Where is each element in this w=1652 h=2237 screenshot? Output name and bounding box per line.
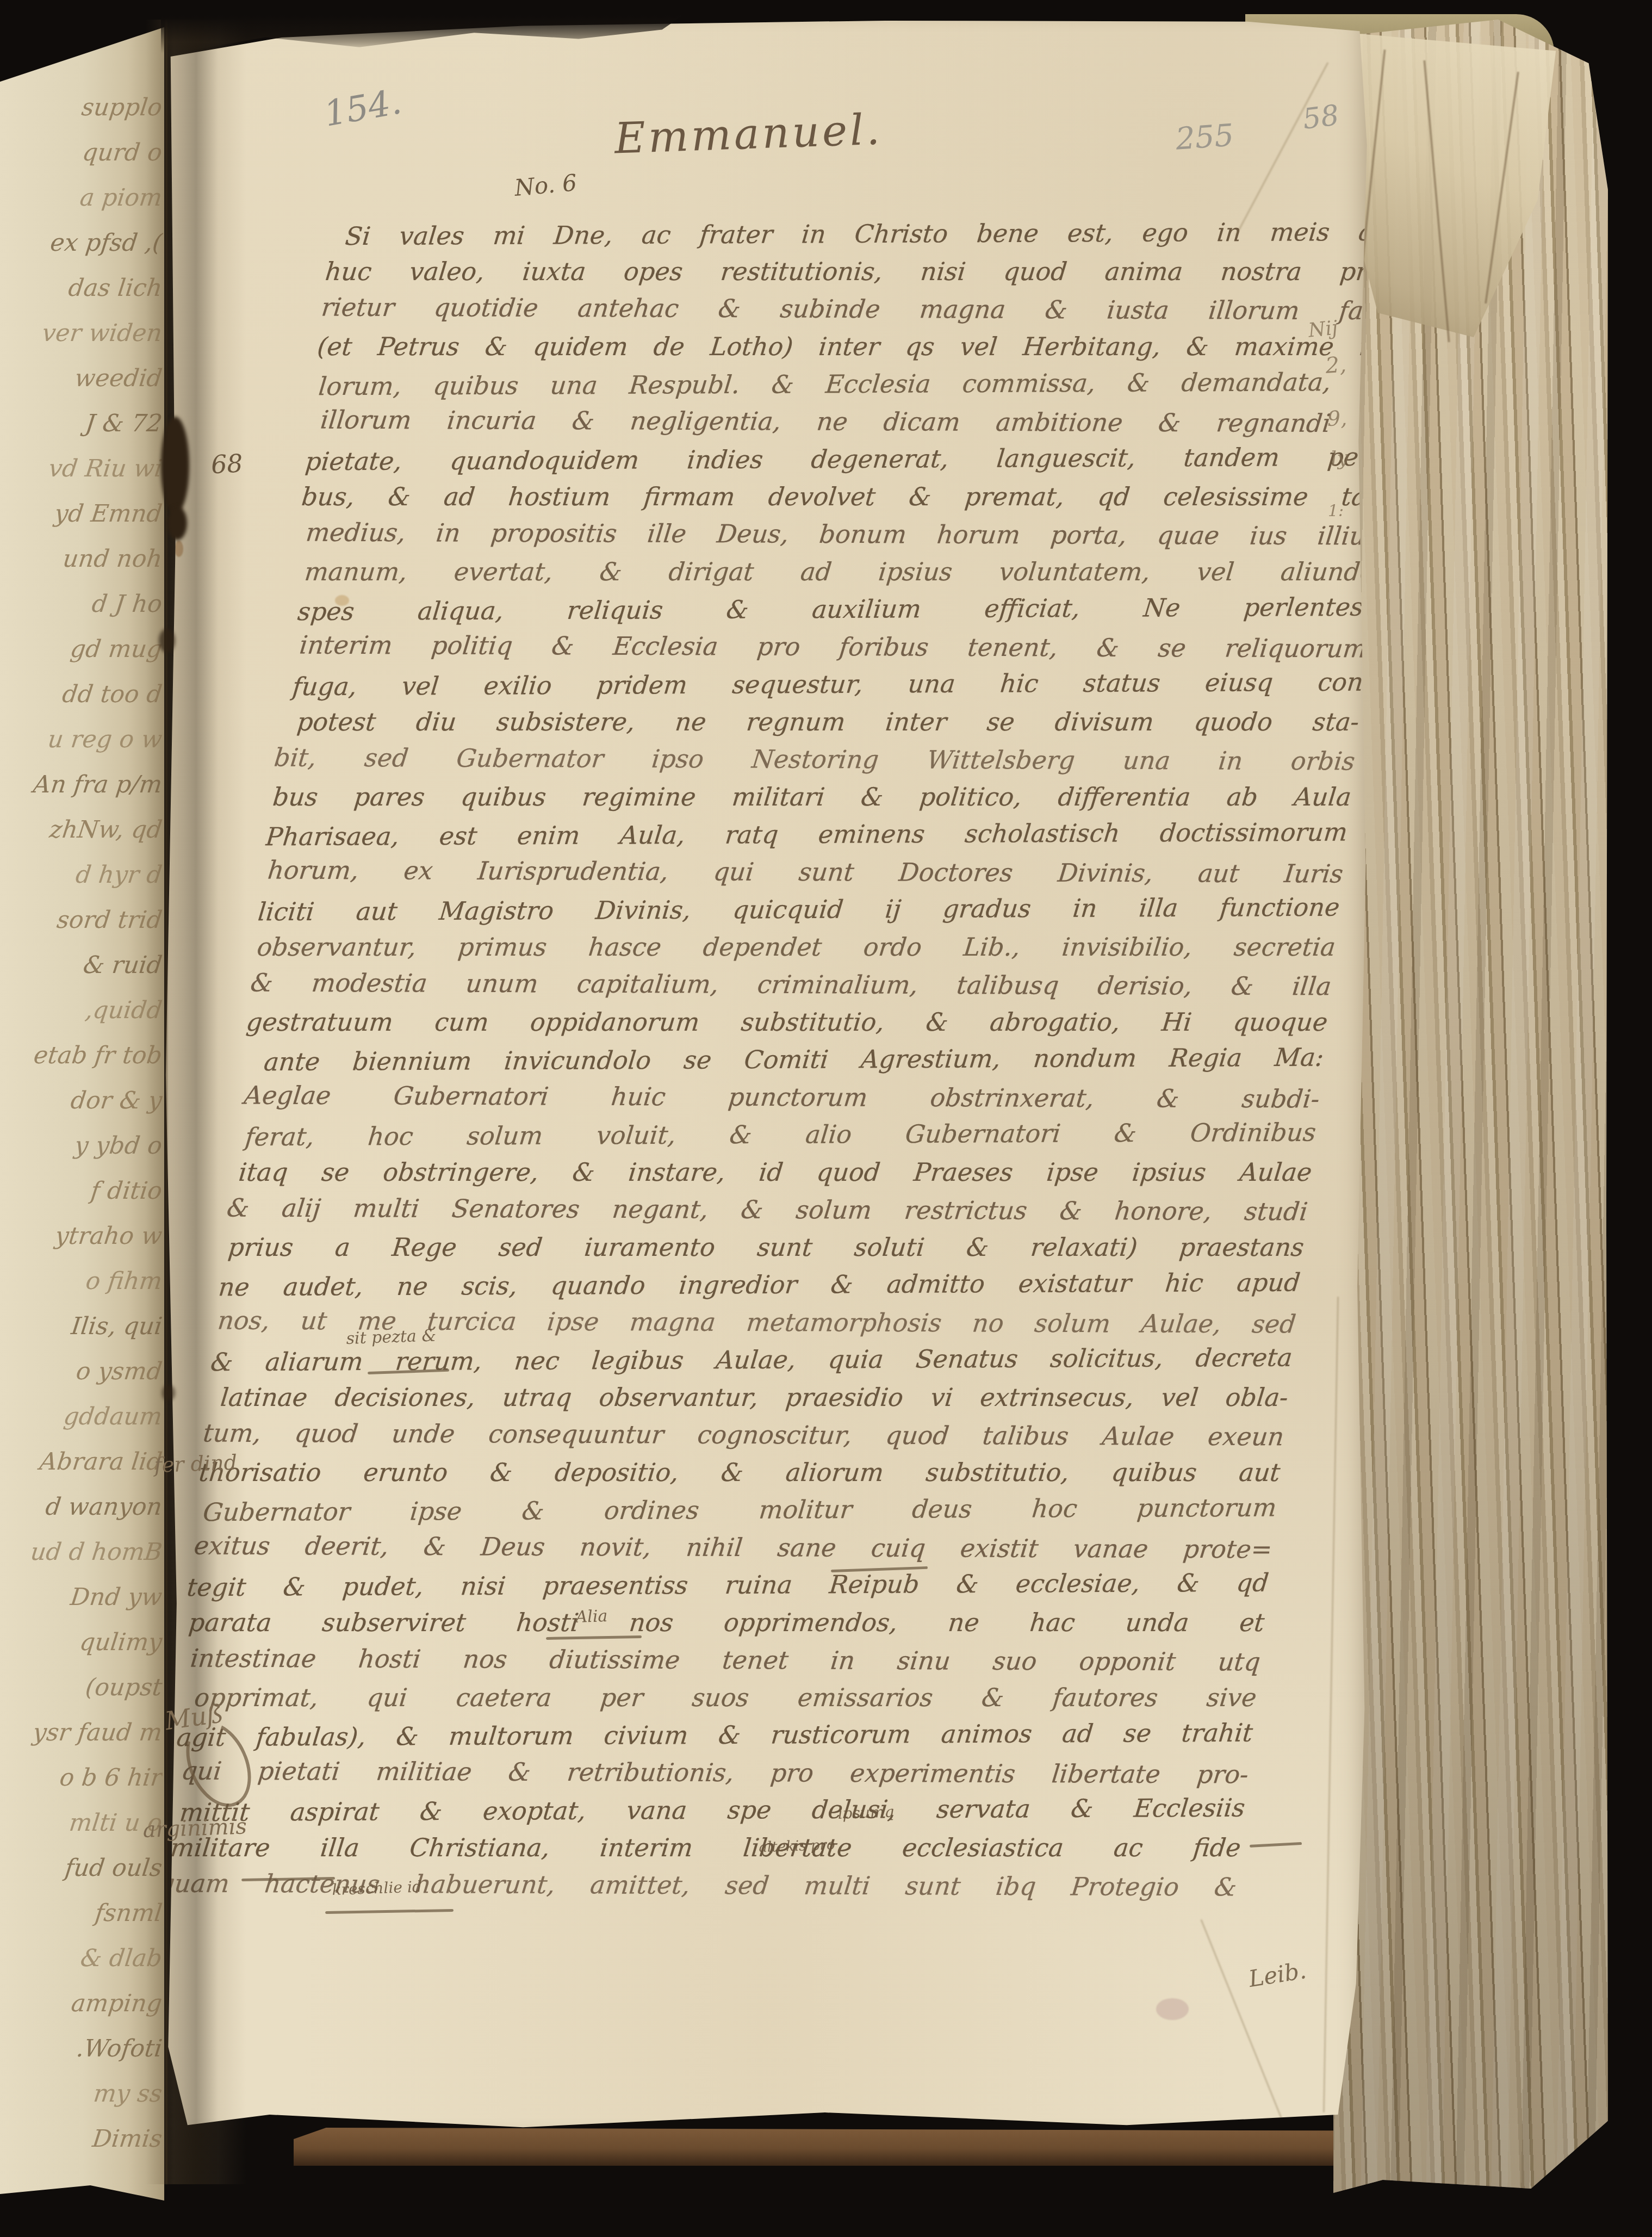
facing-page-line: ytraho w: [1, 1213, 165, 1259]
crease-line: [1323, 1297, 1339, 2112]
manuscript-line: liciti aut Magistro Divinis, quicquid ij…: [256, 889, 1342, 931]
page-number-pencil: 255: [1175, 117, 1235, 157]
manuscript-line: opprimat, qui caetera per suos emissario…: [173, 1679, 1258, 1717]
manuscript-line: bus, & ad hostium firmam devolvet & prem…: [300, 478, 1384, 516]
manuscript-line: mittit aspirat & exoptat, vana spe delus…: [162, 1789, 1247, 1832]
manuscript-page: 154. Emmanuel. 255 58 No. 6 68 Si vales …: [161, 18, 1368, 2131]
facing-page-line: quidd,: [1, 988, 165, 1033]
facing-page-line: supplo: [1, 85, 165, 130]
secondary-page-number-pencil: 58: [1301, 99, 1341, 136]
manuscript-line: exitus deerit, & Deus novit, nihil sane …: [189, 1527, 1274, 1569]
book-block-bottom-edge: [294, 2128, 1376, 2166]
manuscript-line: tum, quod unde consequuntur cognoscitur,…: [201, 1415, 1286, 1456]
facing-page-line: gddaum: [1, 1394, 165, 1439]
facing-page-line: das lich: [1, 265, 165, 311]
facing-page-line: qurd o: [1, 130, 165, 175]
manuscript-line: thorisatio erunto & depositio, & aliorum…: [197, 1454, 1282, 1491]
manuscript-line: spes aliqua, reliquis & auxilium efficia…: [288, 588, 1373, 631]
manuscript-line: Aeglae Gubernatori huic punctorum obstri…: [237, 1077, 1321, 1118]
facing-page-line: ud d homB: [1, 1529, 165, 1575]
facing-page-line: vd Riu wi: [1, 446, 165, 491]
facing-page-line: dor & y: [1, 1078, 165, 1123]
folio-number-pencil: 154.: [321, 82, 405, 135]
facing-page-line: d hyr d: [1, 852, 165, 897]
manuscript-line: ante biennium invicundolo se Comiti Agre…: [240, 1039, 1326, 1081]
facing-page-line: yd Emnd: [1, 491, 165, 536]
manuscript-line: fuga, vel exilio pridem sequestur, una h…: [280, 664, 1365, 706]
facing-page-line: o b 6 hir: [1, 1755, 165, 1800]
facing-page-line: ), ex pfsd: [1, 220, 165, 265]
facing-page-line: Ilis, qui: [1, 1304, 165, 1349]
manuscript-photo: supploqurd oa piom), ex pfsddas lichver …: [0, 0, 1652, 2237]
manuscript-line: observantur, primus hasce dependet ordo …: [252, 928, 1337, 966]
page-heading: Emmanuel.: [614, 105, 884, 163]
manuscript-line: tegit & pudet, nisi praesentiss ruina Re…: [185, 1564, 1271, 1607]
manuscript-line: quam hactenus habuerunt, amittet, sed mu…: [154, 1865, 1239, 1906]
crease-line: [1235, 62, 1329, 236]
manuscript-line: intestinae hosti nos diutissime tenet in…: [178, 1640, 1263, 1681]
facing-page-text: supploqurd oa piom), ex pfsddas lichver …: [3, 85, 162, 2161]
facing-page-line: oupst): [1, 1665, 165, 1710]
facing-page-line: dlab &: [1, 1936, 165, 1981]
facing-page-line: fsnml: [1, 1891, 165, 1936]
facing-page-line: J & 72: [1, 401, 165, 446]
manuscript-line: bit, sed Gubernator ipso Nestoring Witte…: [272, 739, 1357, 780]
facing-page-line: Abrara lid: [1, 1439, 165, 1484]
manuscript-line: prius a Rege sed iuramento sunt soluti &…: [221, 1229, 1306, 1266]
manuscript-line: latinae decisiones, utraq observantur, p…: [205, 1379, 1290, 1416]
manuscript-line: (et Petrus & quidem de Lotho) inter qs v…: [315, 328, 1400, 365]
facing-page-line: Dimis: [1, 2116, 165, 2161]
facing-page-line: d wanyon: [1, 1484, 165, 1529]
facing-page-line: zhNw, qd: [1, 807, 165, 852]
manuscript-line: militare illa Christiana, interim libert…: [158, 1829, 1243, 1867]
manuscript-line: lorum, quibus una Respubl. & Ecclesia co…: [312, 363, 1397, 406]
manuscript-line: & alij multi Senatores negant, & solum r…: [225, 1189, 1310, 1231]
manuscript-line: huc valeo, iuxta opes restitutionis, nis…: [324, 253, 1408, 290]
manuscript-line: nos, ut me turcica ipse magna metamorpho…: [213, 1302, 1298, 1343]
facing-page-line: ysr faud m: [1, 1710, 165, 1755]
facing-page-line: mlti u o: [1, 1800, 165, 1845]
facing-page-line: o fihm: [1, 1259, 165, 1304]
facing-page-line: etab fr tob: [1, 1033, 165, 1078]
facing-page-line: d J ho: [1, 581, 165, 627]
stain: [1156, 1998, 1189, 2020]
margin-number: 68: [210, 449, 244, 480]
facing-page-line: gd mug: [1, 627, 165, 672]
manuscript-line: gestratuum cum oppidanorum substitutio, …: [245, 1003, 1330, 1041]
manuscript-line: & aliarum rerum, nec legibus Aulae, quia…: [209, 1339, 1294, 1381]
facing-page-line: An fra p/m: [1, 762, 165, 807]
facing-page-line: o ysmd: [1, 1349, 165, 1394]
facing-page-line: weedid: [1, 356, 165, 401]
stain: [175, 541, 183, 557]
facing-page-line: amping: [1, 1981, 165, 2026]
letter-number: No. 6: [513, 169, 578, 201]
facing-page-line: dd too d: [1, 672, 165, 717]
facing-page-line: Dnd yw: [1, 1575, 165, 1620]
facing-page: supploqurd oa piom), ex pfsddas lichver …: [0, 21, 164, 2201]
manuscript-line: Pharisaea, est enim Aula, ratq eminens s…: [264, 814, 1350, 856]
facing-page-line: u reg o w: [1, 717, 165, 762]
manuscript-line: & modestia unum capitalium, criminalium,…: [249, 964, 1333, 1006]
manuscript-line: potest diu subsistere, ne regnum inter s…: [276, 703, 1361, 741]
manuscript-line: ferat, hoc solum voluit, & alio Gubernat…: [233, 1114, 1318, 1156]
manuscript-line: Gubernator ipse & ordines molitur deus h…: [193, 1489, 1278, 1532]
facing-page-line: a piom: [1, 175, 165, 220]
manuscript-line: qui pietati militiae & retributionis, pr…: [166, 1752, 1251, 1794]
facing-page-line: und noh: [1, 536, 165, 581]
manuscript-line: itaq se obstringere, & instare, id quod …: [229, 1154, 1314, 1191]
facing-page-line: y ybd o: [1, 1123, 165, 1168]
manuscript-line: bus pares quibus regimine militari & pol…: [268, 778, 1353, 816]
facing-page-line: qulimy: [1, 1620, 165, 1665]
stain: [335, 595, 349, 606]
manuscript-line: horum, ex Iurisprudentia, qui sunt Docto…: [260, 852, 1345, 893]
facing-page-line: Wofoti.: [1, 2026, 165, 2071]
manuscript-line: ne audet, ne scis, quando ingredior & ad…: [217, 1264, 1302, 1306]
catchword: Leib.: [1247, 1957, 1308, 1992]
manuscript-line: parata subserviret hosti nos opprimendos…: [182, 1604, 1266, 1641]
manuscript-line: interim politiq & Ecclesia pro foribus t…: [284, 627, 1369, 668]
facing-page-line: ruid &: [1, 943, 165, 988]
manuscript-line: agit fabulas), & multorum civium & rusti…: [170, 1714, 1255, 1757]
manuscript-line: Si vales mi Dne, ac frater in Christo be…: [327, 213, 1413, 256]
facing-page-line: ver widen: [1, 311, 165, 356]
manuscript-line: illorum incuria & negligentia, ne dicam …: [308, 401, 1393, 443]
facing-page-line: sord trid: [1, 897, 165, 943]
manuscript-line: rietur quotidie antehac & subinde magna …: [320, 289, 1405, 330]
facing-page-line: my ss: [1, 2071, 165, 2116]
crease-line: [1200, 1919, 1287, 2132]
facing-page-line: f ditio: [1, 1168, 165, 1213]
fore-edge-page-stack: [1333, 15, 1608, 2197]
manuscript-line: manum, evertat, & dirigat ad ipsius volu…: [292, 553, 1377, 591]
manuscript-line: pietate, quandoquidem indies degenerat, …: [303, 438, 1389, 481]
manuscript-text-block: Si vales mi Dne, ac frater in Christo be…: [154, 215, 1412, 1904]
facing-page-line: fud ouls: [1, 1845, 165, 1891]
manuscript-line: medius, in propositis ille Deus, bonum h…: [296, 514, 1381, 555]
